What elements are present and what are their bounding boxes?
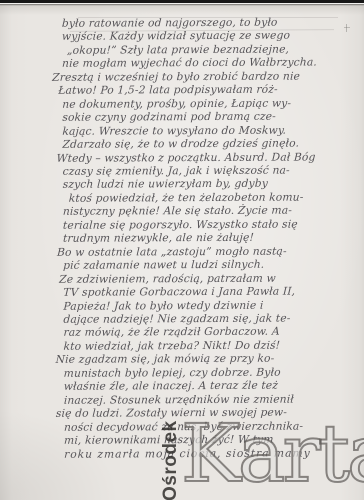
- handwritten-line: trudnym niezwykle, ale nie żałuję!: [63, 230, 361, 245]
- handwritten-line: pić załamanie nawet u ludzi silnych.: [63, 257, 361, 272]
- paper-corner-shade: [0, 410, 120, 500]
- handwritten-line: raz mówią, że źle rządził Gorbaczow. A: [63, 325, 361, 340]
- handwritten-line: Łatwo! Po 1,5-2 lata podpisywałam róż-: [58, 82, 360, 97]
- handwritten-line: właśnie źle, ale inaczej. A teraz źle te…: [63, 378, 361, 393]
- handwritten-text-block: było ratowanie od najgorszego, to byłowy…: [62, 15, 361, 461]
- scanned-letter-page: było ratowanie od najgorszego, to byłowy…: [0, 0, 364, 500]
- handwritten-line: wyjście. Każdy widział sytuację ze swego: [62, 29, 360, 44]
- handwritten-line: szych ludzi nie uwierzyłam by, gdyby: [62, 177, 360, 192]
- handwritten-line: nistyczny pęknie! Ale się stało. Życie m…: [63, 204, 361, 219]
- handwritten-line: Nie zgadzam się, jak mówią ze przy ko-: [55, 352, 361, 367]
- handwritten-line: nie mogłam wyjechać do cioci do Wałbrzyc…: [62, 56, 360, 71]
- handwritten-line: TV spotkanie Gorbaczowa i Jana Pawła II,: [63, 284, 361, 299]
- handwritten-line: sokie czyny godzinami pod bramą cze-: [62, 109, 360, 124]
- handwritten-line: Zdarzało się, że to w drodze gdzieś ginę…: [62, 136, 360, 151]
- scan-top-shadow: [0, 6, 364, 15]
